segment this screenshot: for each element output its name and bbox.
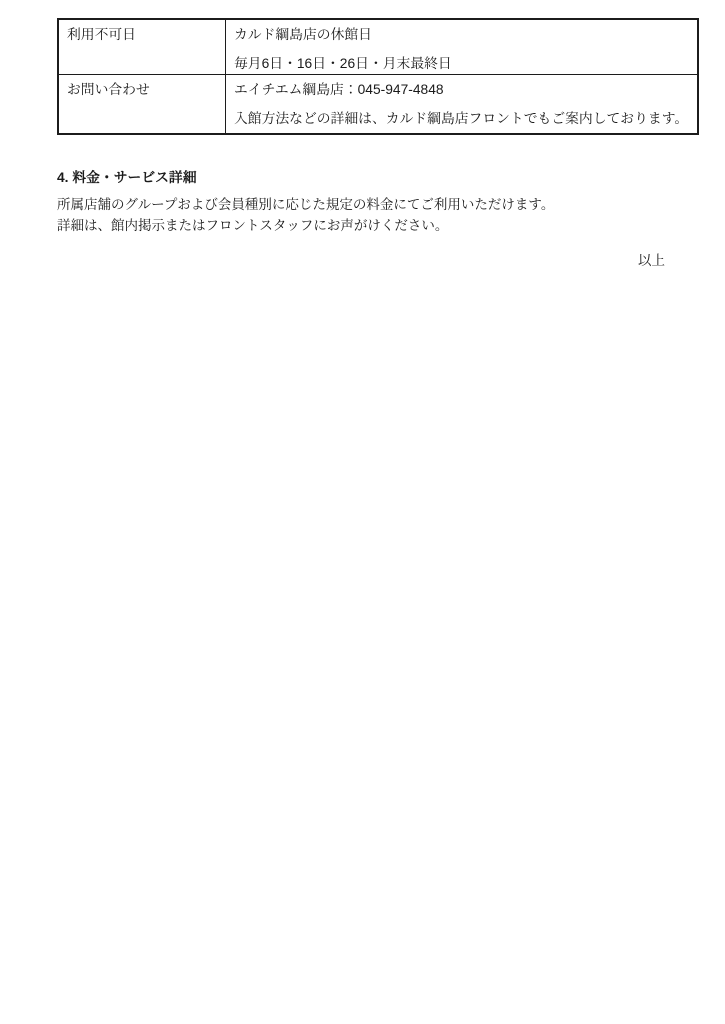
value-line: カルド綱島店の休館日 (234, 25, 689, 45)
label-cell-contact: お問い合わせ (58, 75, 226, 135)
value-cell-unavailable-days: カルド綱島店の休館日 毎月6日・16日・26日・月末最終日 (226, 19, 699, 75)
info-table: 利用不可日 カルド綱島店の休館日 毎月6日・16日・26日・月末最終日 お問い合… (57, 18, 699, 135)
closing-text: 以上 (57, 253, 665, 269)
value-line: 毎月6日・16日・26日・月末最終日 (234, 54, 689, 74)
value-line-phone: エイチエム綱島店：045-947-4848 (234, 80, 689, 100)
body-line: 所属店舗のグループおよび会員種別に応じた規定の料金にてご利用いただけます。 (57, 194, 665, 215)
table-row-contact: お問い合わせ エイチエム綱島店：045-947-4848 入館方法などの詳細は、… (58, 75, 698, 135)
label-cell-unavailable-days: 利用不可日 (58, 19, 226, 75)
fees-section: 4. 料金・サービス詳細 所属店舗のグループおよび会員種別に応じた規定の料金にて… (57, 169, 665, 269)
section-body: 所属店舗のグループおよび会員種別に応じた規定の料金にてご利用いただけます。 詳細… (57, 194, 665, 236)
row-label: 利用不可日 (67, 25, 217, 45)
section-heading: 4. 料金・サービス詳細 (57, 169, 665, 186)
row-label: お問い合わせ (67, 80, 217, 100)
document-page: 利用不可日 カルド綱島店の休館日 毎月6日・16日・26日・月末最終日 お問い合… (0, 0, 725, 1024)
value-cell-contact: エイチエム綱島店：045-947-4848 入館方法などの詳細は、カルド綱島店フ… (226, 75, 699, 135)
body-line: 詳細は、館内掲示またはフロントスタッフにお声がけください。 (57, 215, 665, 236)
table-row-unavailable-days: 利用不可日 カルド綱島店の休館日 毎月6日・16日・26日・月末最終日 (58, 19, 698, 75)
value-line: 入館方法などの詳細は、カルド綱島店フロントでもご案内しております。 (234, 109, 689, 129)
